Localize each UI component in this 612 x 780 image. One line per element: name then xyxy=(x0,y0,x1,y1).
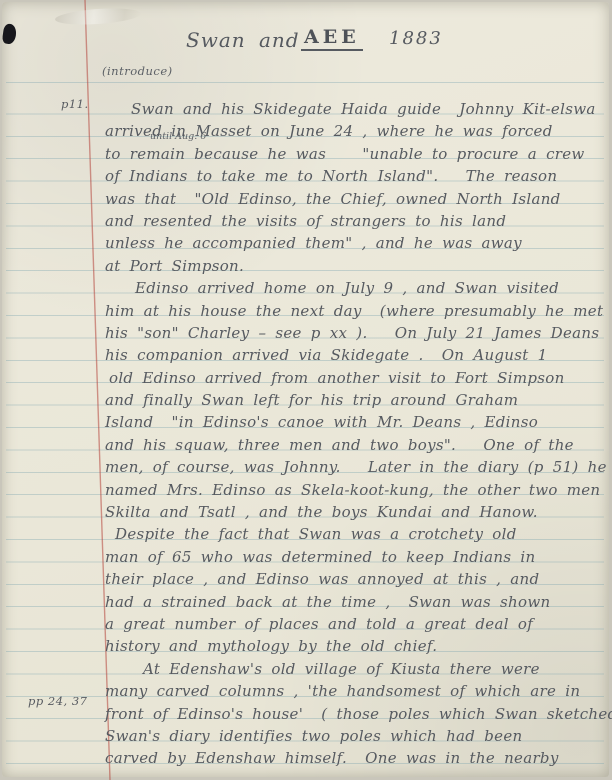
manuscript-line: Swan and his Skidegate Haida guide Johnn… xyxy=(105,98,607,120)
title-year: 1883 xyxy=(389,28,443,49)
manuscript-line: old Edinso arrived from another visit to… xyxy=(105,367,607,389)
manuscript-line: Edinso arrived home on July 9 , and Swan… xyxy=(105,277,607,299)
manuscript-line: and finally Swan left for his trip aroun… xyxy=(105,389,607,411)
manuscript-line: their place , and Edinso was annoyed at … xyxy=(105,568,607,590)
title-abbreviation-underlined: AEE xyxy=(301,26,363,51)
manuscript-line: of Indians to take me to North Island". … xyxy=(105,165,607,187)
manuscript-line: man of 65 who was determined to keep Ind… xyxy=(105,546,607,568)
manuscript-line: had a strained back at the time , Swan w… xyxy=(105,591,607,613)
scanned-page-background: { "scan": { "paper_color": "#eae7d8", "r… xyxy=(0,0,612,780)
margin-note-pages-ref: pp 24, 37 xyxy=(28,694,87,708)
manuscript-line: history and mythology by the old chief. xyxy=(105,635,607,657)
manuscript-line: Despite the fact that Swan was a crotche… xyxy=(105,523,607,545)
manuscript-line: and resented the visits of strangers to … xyxy=(105,210,607,232)
parenthetical-annotation: (introduce) xyxy=(102,64,173,78)
manuscript-line: men, of course, was Johnny. Later in the… xyxy=(105,456,607,478)
manuscript-line: was that "Old Edinso, the Chief, owned N… xyxy=(105,188,607,210)
manuscript-line: a great number of places and told a grea… xyxy=(105,613,607,635)
manuscript-line: his companion arrived via Skidegate . On… xyxy=(105,344,607,366)
manuscript-line: Swan's diary identifies two poles which … xyxy=(105,725,607,747)
manuscript-line: named Mrs. Edinso as Skela-koot-kung, th… xyxy=(105,479,607,501)
manuscript-line: at Port Simpson. xyxy=(105,255,607,277)
manuscript-line: arrived in Masset on June 24 , where he … xyxy=(105,120,607,142)
manuscript-line: Island "in Edinso's canoe with Mr. Deans… xyxy=(105,411,607,433)
manuscript-line: to remain because he was "unable to proc… xyxy=(105,143,607,165)
margin-note-page-ref: p11. xyxy=(61,97,89,111)
manuscript-lines: Swan and his Skidegate Haida guide Johnn… xyxy=(105,98,607,770)
manuscript-line: many carved columns , 'the handsomest of… xyxy=(105,680,607,702)
manuscript-line: carved by Edenshaw himself. One was in t… xyxy=(105,747,607,769)
manuscript-line: him at his house the next day (where pre… xyxy=(105,300,607,322)
manuscript-line: At Edenshaw's old village of Kiusta ther… xyxy=(105,658,607,680)
manuscript-line: his "son" Charley – see p xx ). On July … xyxy=(105,322,607,344)
manuscript-line: front of Edinso's house' ( those poles w… xyxy=(105,703,607,725)
page-title: Swan and AEE 1883 xyxy=(0,26,612,58)
manuscript-line: and his squaw, three men and two boys". … xyxy=(105,434,607,456)
manuscript-line: Skilta and Tsatl , and the boys Kundai a… xyxy=(105,501,607,523)
ruled-line-top xyxy=(6,82,604,83)
title-text: Swan and xyxy=(186,28,300,52)
manuscript-line: unless he accompanied them" , and he was… xyxy=(105,232,607,254)
